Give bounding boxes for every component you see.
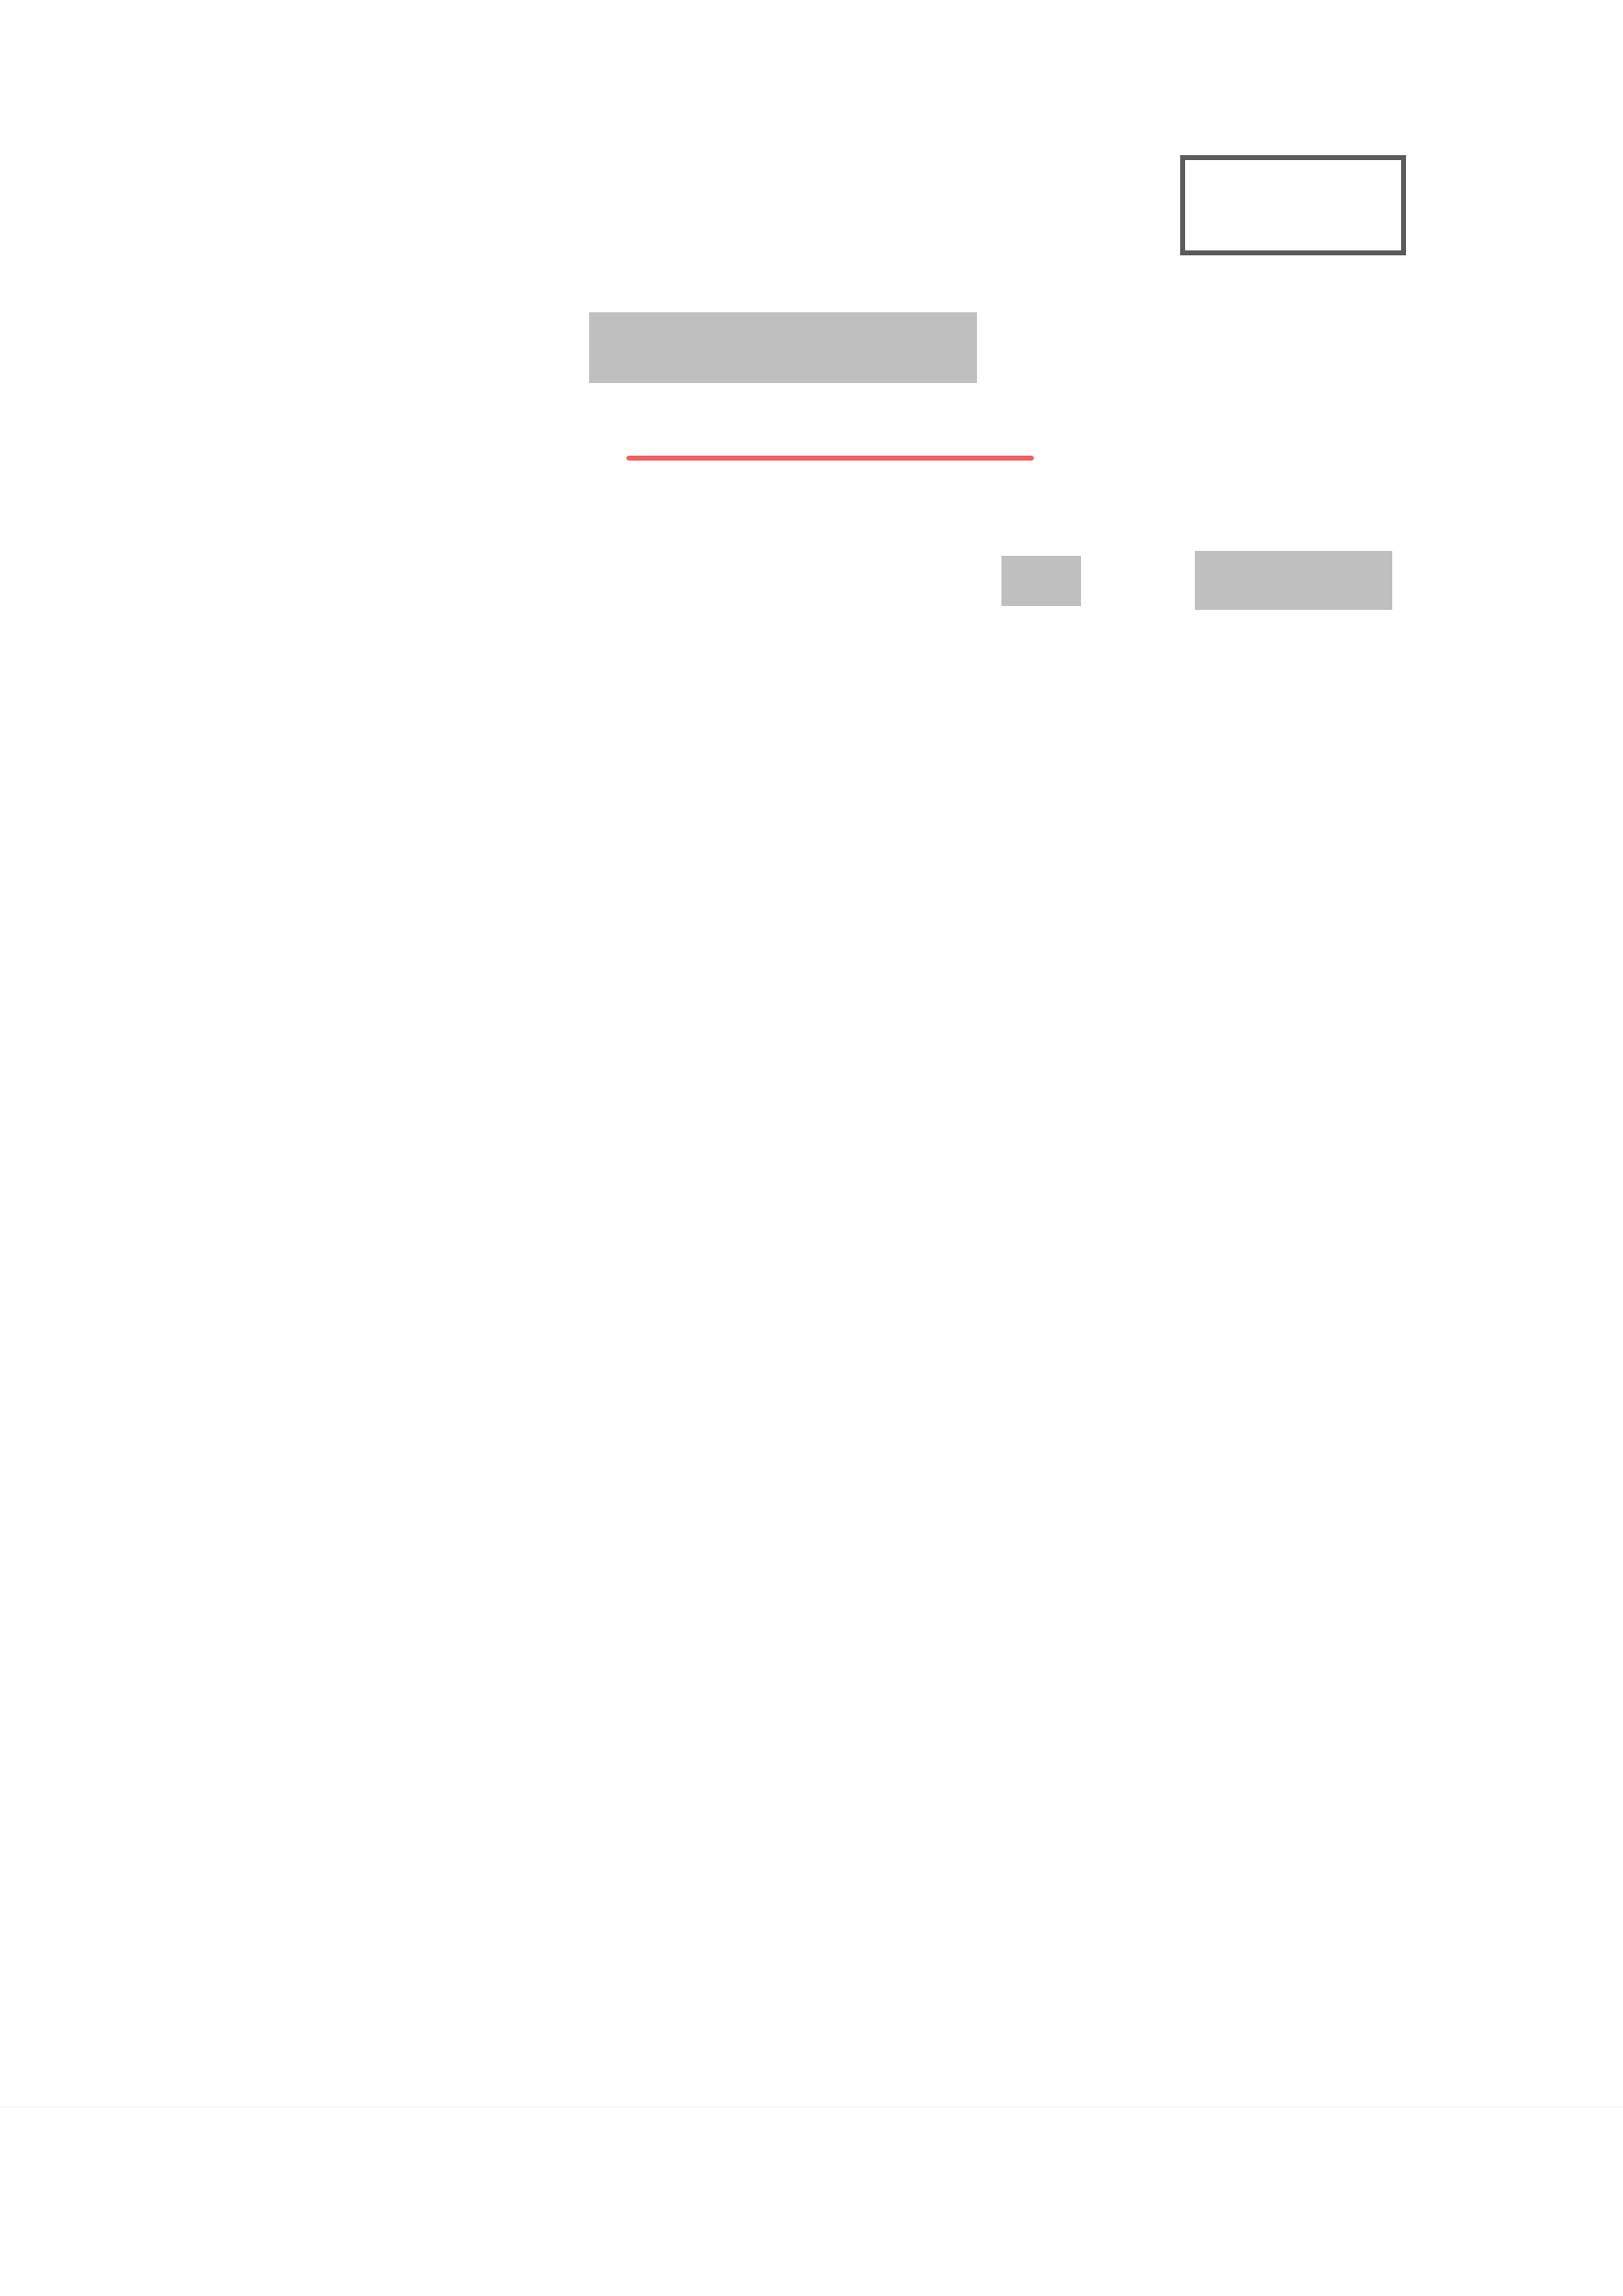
copy-stamp [1180,155,1406,255]
redaction-docno [1195,551,1392,610]
title-underline [626,456,1034,461]
redaction-docno-prefix [1001,556,1081,606]
scan-artifact-line [0,2106,1623,2107]
redaction-org [589,312,977,383]
